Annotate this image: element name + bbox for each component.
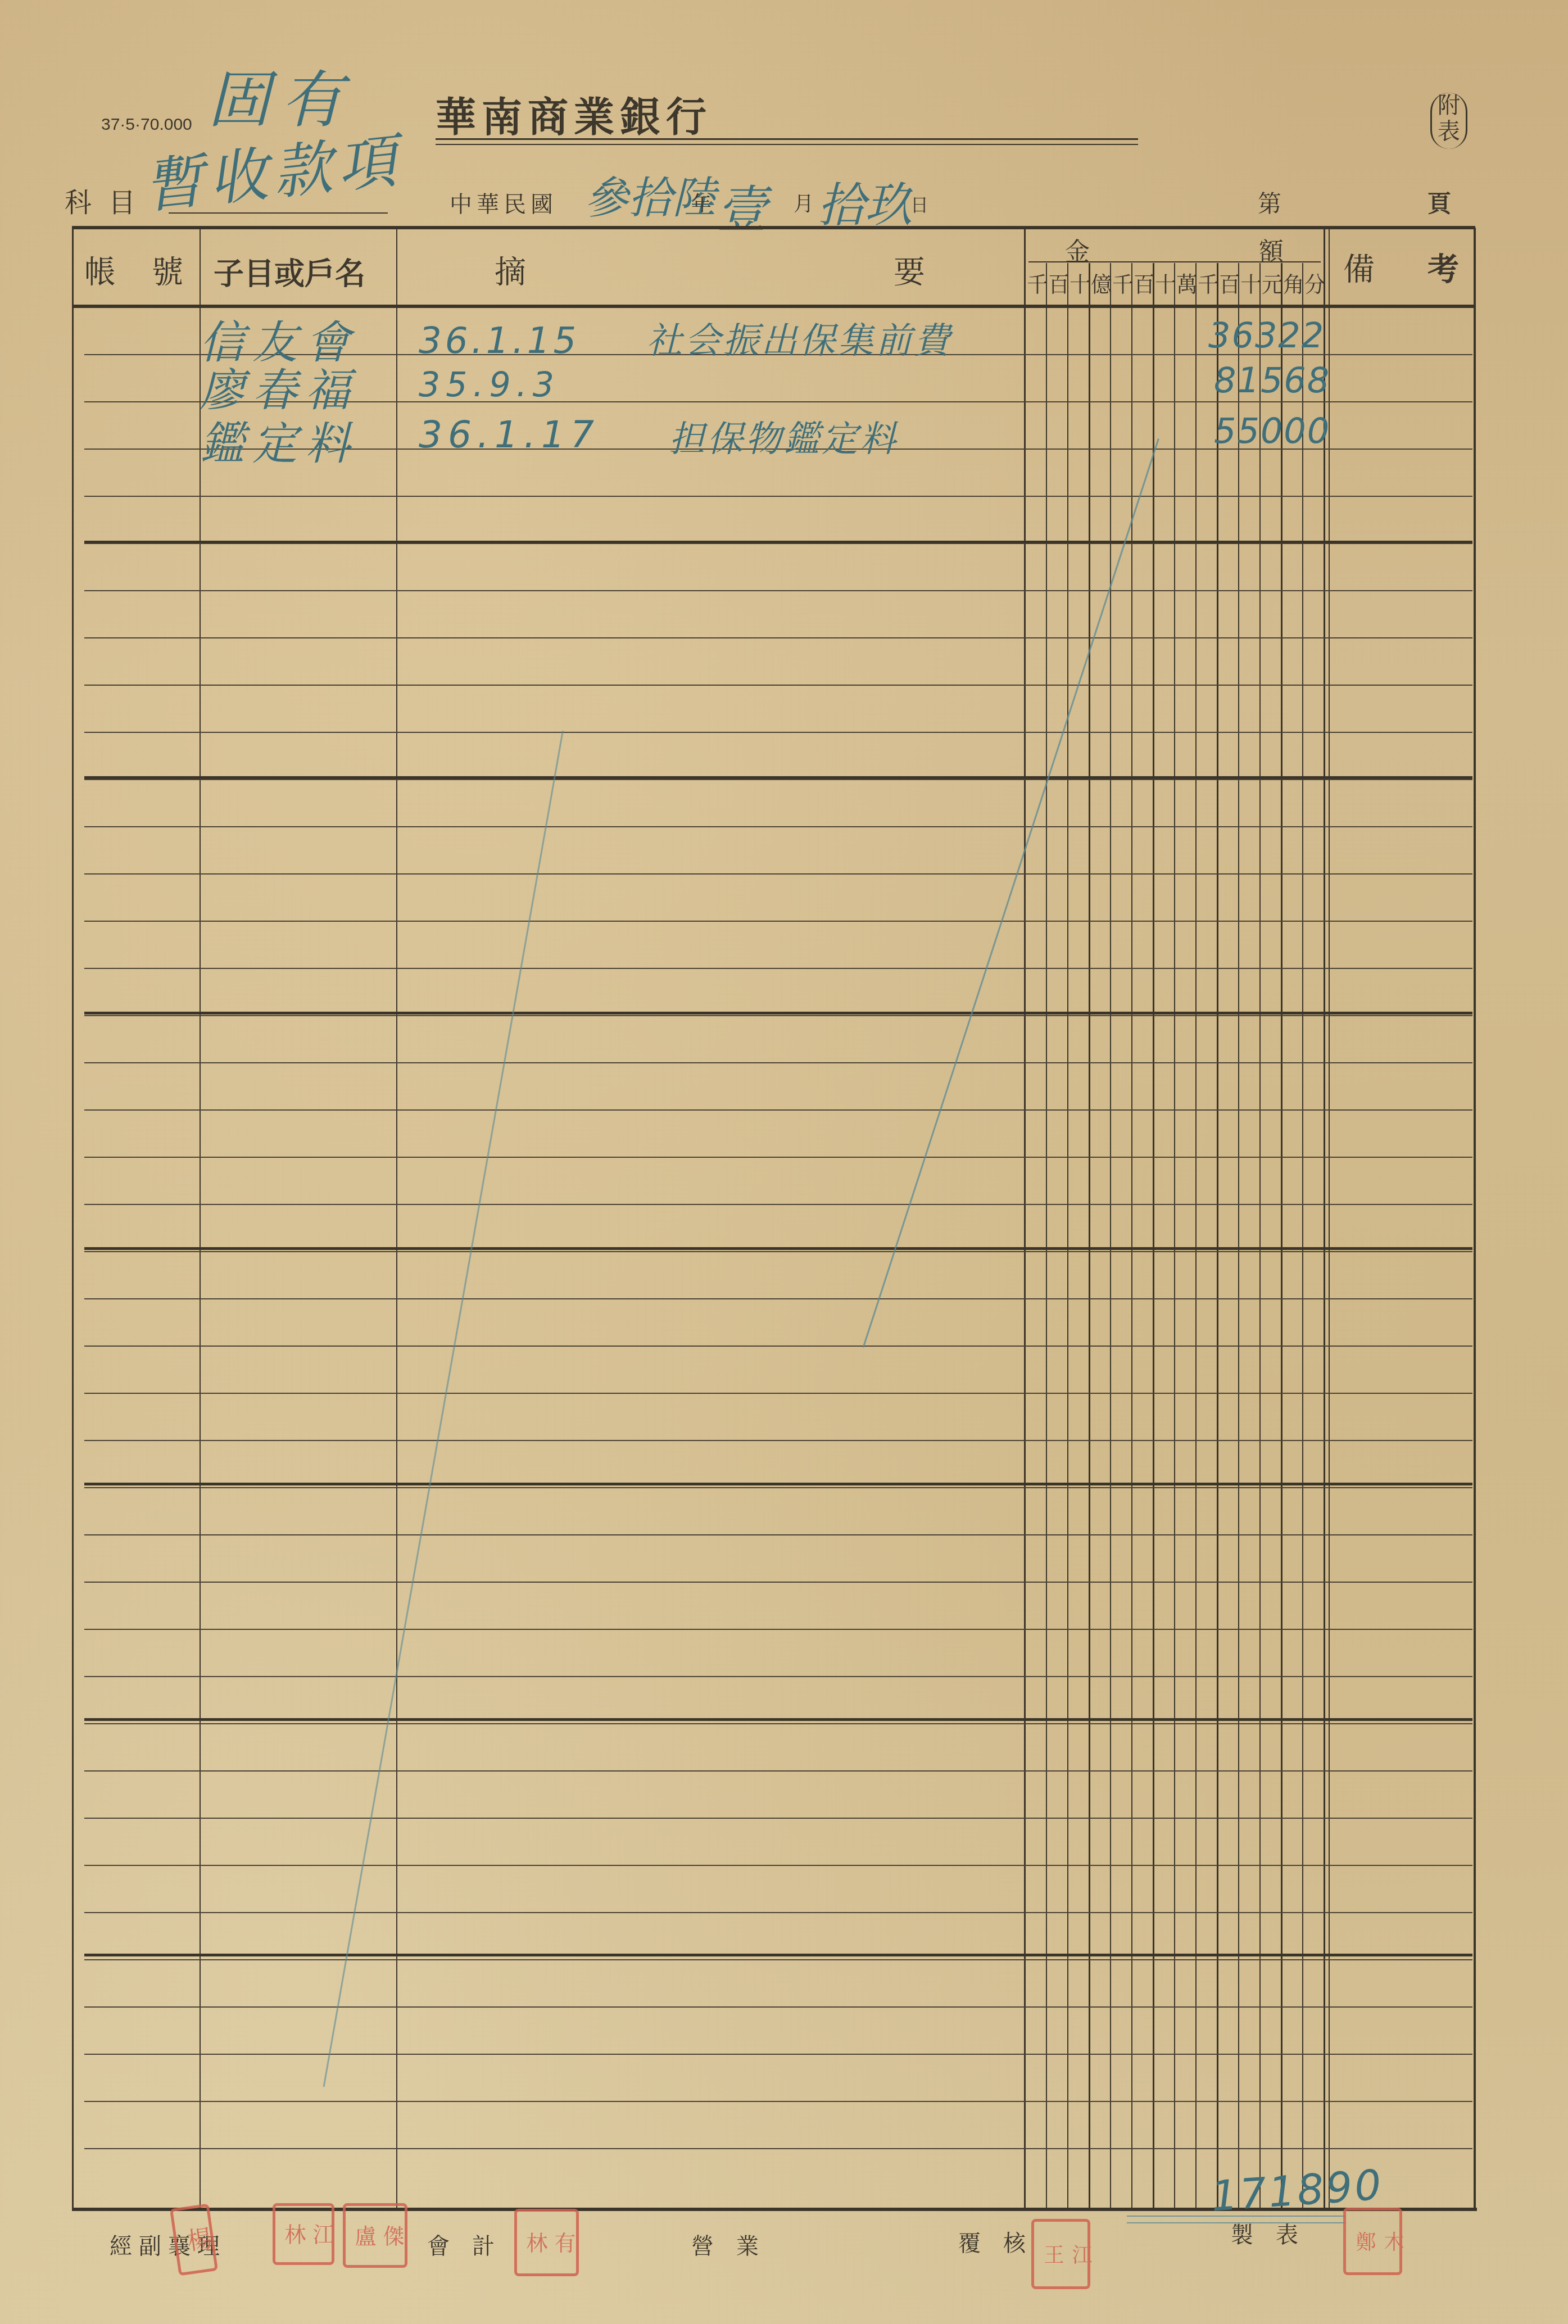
day-label: 日 [910, 191, 928, 217]
seal-char: 木 [1380, 2216, 1404, 2267]
seal-char: 江 [1068, 2227, 1093, 2281]
seal-stamp: 林 江 [273, 2203, 334, 2265]
row-date: 36.1.15 [419, 320, 579, 362]
header-summary-1: 摘 [495, 247, 526, 292]
header-account-2: 號 [152, 247, 183, 292]
seal-char: 盧 [351, 2212, 376, 2259]
seal-stamp: 鄭 木 [1343, 2208, 1402, 2275]
table-top-border [72, 226, 1475, 229]
seal-char: 林 [523, 2217, 547, 2268]
subject-underline [169, 212, 388, 214]
row-amount: 36322 [1208, 315, 1325, 356]
signature-label-preparer: 製表 [1231, 2217, 1321, 2249]
signature-label-accounting: 會計 [427, 2228, 517, 2260]
seal-char: 林 [281, 2212, 306, 2257]
row-summary: 担保物鑑定料 [669, 410, 898, 462]
page-suffix: 頁 [1427, 185, 1451, 219]
row-name: 鑑定料 [200, 407, 358, 472]
subject-label: 科目 [65, 181, 152, 220]
seal-stamp: 楊 [170, 2204, 218, 2276]
seal-char: 江 [309, 2212, 334, 2257]
seal-char: 有 [551, 2217, 575, 2268]
signature-label-business: 營業 [691, 2228, 781, 2260]
bank-name: 華南商業銀行 [436, 84, 712, 143]
attachment-label: 附表 [1430, 93, 1467, 149]
header-remarks-2: 考 [1427, 244, 1459, 289]
seal-char: 鄭 [1352, 2216, 1376, 2267]
row-summary: 社会振出保集前費 [646, 312, 952, 364]
table-right-border [1474, 228, 1476, 2209]
row-amount: 81568 [1214, 360, 1330, 401]
header-remarks-1: 備 [1343, 244, 1375, 289]
row-amount: 55000 [1214, 410, 1330, 451]
day-value: 拾玖 [818, 167, 912, 235]
month-label: 月 [794, 188, 814, 217]
bank-name-underline-2 [436, 144, 1138, 145]
print-code: 37·5·70.000 [101, 115, 192, 134]
page-prefix: 第 [1258, 185, 1281, 219]
header-sub-account: 子目或戶名 [214, 250, 365, 293]
bank-name-underline [436, 138, 1138, 140]
seal-char: 楊 [179, 2212, 214, 2266]
header-account-1: 帳 [84, 247, 116, 292]
date-prefix: 中華民國 [450, 187, 558, 219]
header-summary-2: 要 [894, 247, 925, 292]
table-left-border [72, 228, 74, 2209]
header-amount-1: 金 [1065, 232, 1090, 268]
seal-stamp: 王 江 [1031, 2219, 1090, 2289]
row-date: 36.1.17 [419, 413, 600, 456]
header-amount-2: 額 [1259, 232, 1284, 268]
month-value: 壹 [717, 169, 767, 242]
row-rules [84, 308, 1472, 2185]
seal-char: 傑 [379, 2212, 404, 2259]
seal-stamp: 盧 傑 [343, 2203, 407, 2268]
seal-char: 王 [1040, 2227, 1064, 2281]
seal-stamp: 林 有 [514, 2209, 579, 2276]
year-label: 年 [691, 188, 712, 217]
row-date: 35.9.3 [419, 365, 560, 405]
